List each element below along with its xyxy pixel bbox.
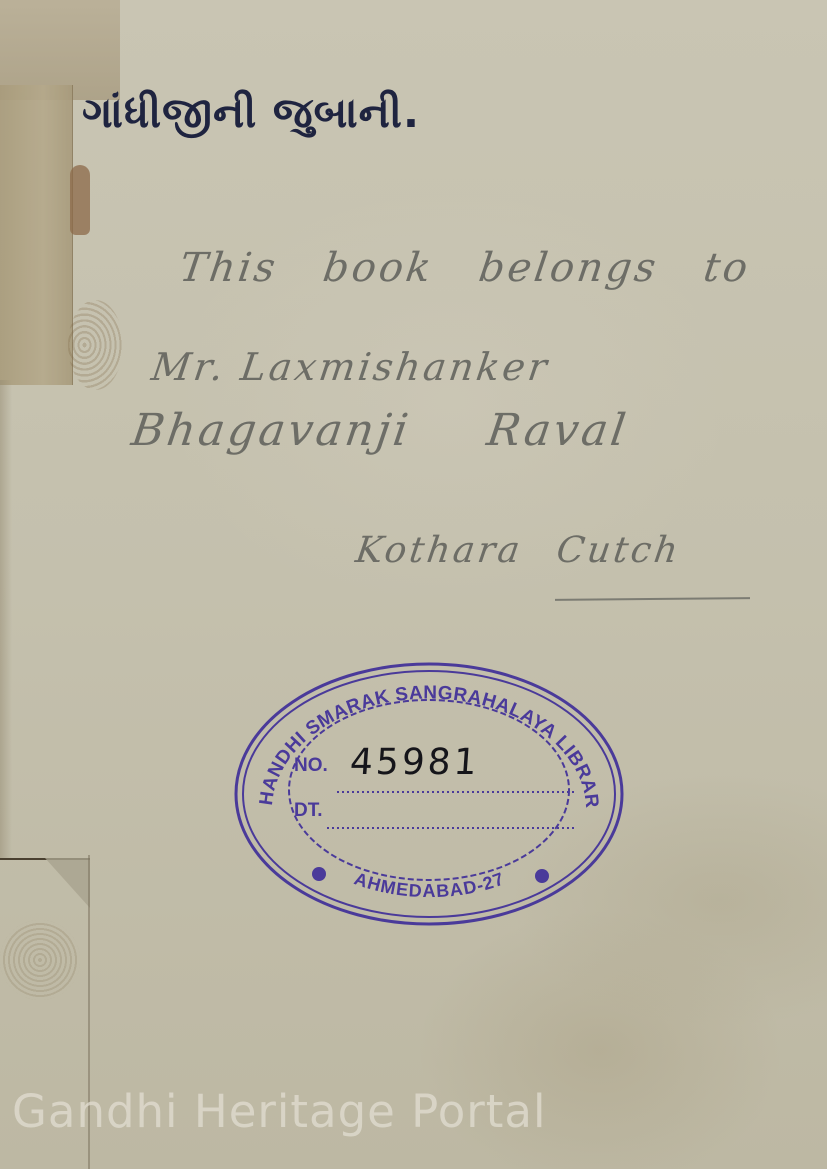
svg-text:GHANDHI SMARAK SANGRAHALAYA LI: GHANDHI SMARAK SANGRAHALAYA LIBRARY <box>232 660 602 809</box>
inscription-line-3: Bhagavanji Raval <box>128 405 631 456</box>
stamp-no-label: NO. <box>294 755 328 777</box>
brown-stain <box>70 165 90 235</box>
stamp-dt-label: DT. <box>294 800 323 822</box>
inscription-underline <box>555 597 750 601</box>
portal-watermark: Gandhi Heritage Portal <box>12 1085 546 1138</box>
edge-shading <box>0 380 12 860</box>
tape-damage-left <box>0 85 73 385</box>
inscription-line-4: Kothara Cutch <box>353 530 683 571</box>
paper-tear-flap <box>45 858 90 908</box>
library-stamp: GHANDHI SMARAK SANGRAHALAYA LIBRARY AHME… <box>232 660 626 928</box>
scanned-page: ગાંધીજીની જુબાની. This book belongs to M… <box>0 0 827 1169</box>
book-title: ગાંધીજીની જુબાની. <box>82 92 420 134</box>
accession-number: 45981 <box>349 742 481 783</box>
fingerprint-smudge <box>68 300 123 390</box>
fingerprint-smudge-lower <box>0 920 80 1000</box>
inscription-line-2: Mr. Laxmishanker <box>149 345 553 389</box>
stamp-oval-icon: GHANDHI SMARAK SANGRAHALAYA LIBRARY AHME… <box>232 660 626 928</box>
inscription-line-1: This book belongs to <box>177 245 754 291</box>
